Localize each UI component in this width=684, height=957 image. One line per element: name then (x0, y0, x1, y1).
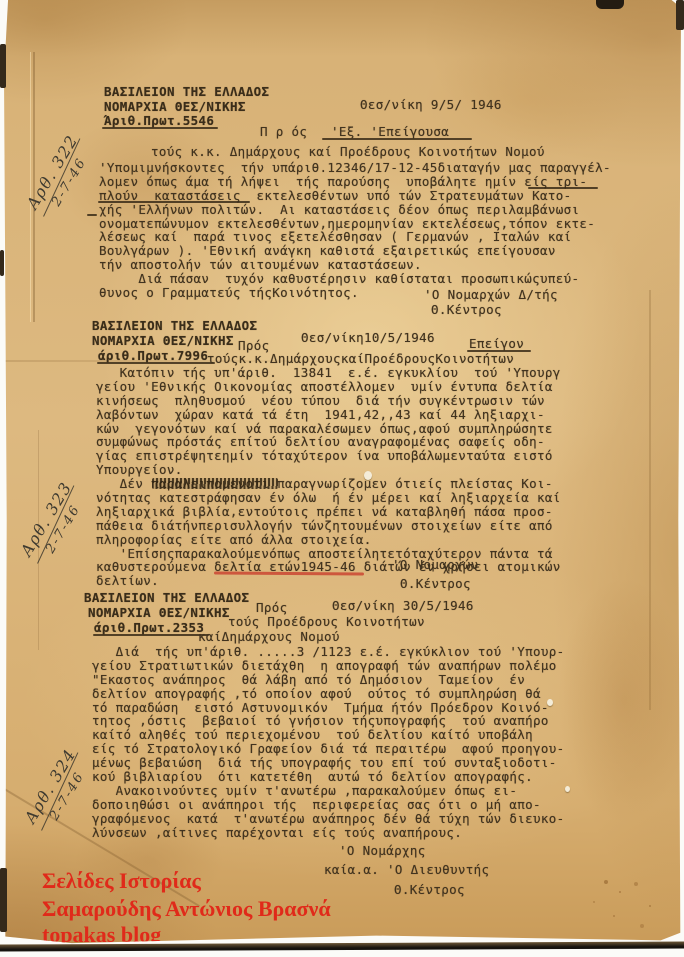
margin-note-1: Αρθ. 322 2-7-46 (19, 126, 100, 227)
edge-smudge (0, 44, 6, 88)
watermark-line-1: Σελίδες Ιστορίας (42, 868, 201, 894)
typed-line: τό παραδώση ειστό Αστυνομικόν Τμήμα ήτόν… (92, 701, 565, 715)
doc2-protocol-number: άριθ.Πρωτ.7996 (98, 348, 208, 363)
underline (93, 634, 209, 636)
underline (102, 127, 218, 129)
torn-notch (596, 0, 624, 9)
doc2-recipient: τούςκ.κ.ΔημάρχουςκαίΠροέδρουςΚοινοτήτων (207, 351, 514, 366)
underline (97, 362, 215, 364)
overtyped-strikeout (152, 478, 278, 489)
typed-line: λαβόντων χώραν κατά τά έτη 1941,42,,43 κ… (96, 408, 561, 422)
typed-line: κού βιβλιαρίου ότι κατετέθη αυτώ τό δελτ… (92, 770, 565, 784)
sheet-bottom-shadow (0, 941, 684, 951)
stain-speckles (604, 880, 608, 884)
typed-line: γίας επιστρέψητεημίν τόταχύτερον ίνα υπο… (96, 449, 561, 463)
typed-line: είς τό Στρατολογικό Γραφείον διά τά περα… (92, 742, 565, 756)
paper-sheet: Αρθ. 322 2-7-46 Αρθ. 323 2-7-46 Αρθ. 324… (4, 0, 681, 946)
typed-line: λύνσεων ,αίτινες παρέχονται είς τούς ανα… (92, 826, 565, 840)
doc1-signature-title: 'Ο Νομαρχών Δ/τής (424, 287, 558, 302)
doc3-recipient-2: καίΔημάρχους Νομού (198, 629, 340, 644)
typed-line: τήν αποστολήν τών αιτουμένων καταστάσεων… (99, 258, 611, 272)
doc1-urgency-label: 'Εξ. 'Επείγουσα (331, 124, 449, 139)
doc3-org-line2: ΝΟΜΑΡΧΙΑ ΘΕΣ/ΝΙΚΗΣ (88, 605, 230, 620)
doc1-recipient: τούς κ.κ. Δημάρχους καί Προέδρους Κοινοτ… (151, 144, 545, 159)
scanned-document-page: Αρθ. 322 2-7-46 Αρθ. 323 2-7-46 Αρθ. 324… (0, 0, 684, 957)
typed-line: Διά τής υπ'άριθ. .....3 /1123 ε.έ. εγκύκ… (92, 645, 565, 659)
typed-line: συμφώνως πρόστάς επίτού δελτίου αναγραφο… (96, 435, 561, 449)
typed-line: κινήσεως πληθυσμού νέου τύπου διά τήν συ… (96, 394, 561, 408)
typed-line: γείου 'Εθνικής Οικονομίας αποστέλλομεν υ… (96, 380, 561, 394)
typed-line: μένως βεβαιώση διά τής υπογραφής του επί… (92, 756, 565, 770)
typed-line: ληξιαρχικά βιβλία,εντούτοις πρέπει νά κα… (96, 505, 561, 519)
doc2-urgency-label: Επείγον (469, 336, 524, 351)
doc2-org-line2: ΝΟΜΑΡΧΙΑ ΘΕΣ/ΝΙΚΗΣ (92, 333, 234, 348)
doc2-place-date: Θεσ/νίκη10/5/1946 (301, 330, 435, 345)
typed-line: Βουλγάρων ). 'Εθνική ανάγκη καθιστά εξαι… (99, 244, 611, 258)
doc3-place-date: Θεσ/νίκη 30/5/1946 (332, 598, 474, 613)
underline (98, 201, 250, 203)
doc1-pros-label: Π ρ ός (260, 124, 307, 139)
doc1-signature-name: Θ.Κέντρος (431, 302, 502, 317)
typed-line: ονοματεπώνυμον εκτελεσθέντων,ημερομηνίαν… (99, 217, 611, 231)
doc1-org-line1: ΒΑΣΙΛΕΙΟΝ ΤΗΣ ΕΛΛΑΔΟΣ (104, 84, 269, 99)
underline (322, 138, 472, 140)
margin-note-3: Αρθ. 324 2-7-46 (17, 740, 98, 841)
doc3-pros-label: Πρός (256, 600, 288, 615)
edge-smudge (676, 0, 684, 30)
edge-smudge (0, 250, 4, 276)
doc1-org-line2: ΝΟΜΑΡΧΙΑ ΘΕΣ/ΝΙΚΗΣ (104, 99, 246, 114)
doc1-protocol-number: Άριθ.Πρωτ.5546 (104, 113, 214, 128)
doc3-org-line1: ΒΑΣΙΛΕΙΟΝ ΤΗΣ ΕΛΛΑΔΟΣ (84, 590, 249, 605)
typed-line: Διά πάσαν τυχόν καθυστέρησιν καθίσταται … (99, 272, 611, 286)
typed-line: τητος ,όστις βεβαιοί τό γνήσιον τήςυπογρ… (92, 714, 565, 728)
typed-line: γραφόμενος κατά τ'ανωτέρω ανάπηρος δέν θ… (92, 812, 565, 826)
typed-line: Κατόπιν τής υπ'άριθ. 13841 ε.έ. εγκυκλίο… (96, 366, 561, 380)
doc3-body: Διά τής υπ'άριθ. .....3 /1123 ε.έ. εγκύκ… (92, 645, 565, 839)
doc1-body: 'Υπομιμνήσκοντες τήν υπάριθ.12346/17-12-… (99, 161, 611, 300)
typed-line: δελτίον απογραφής ,τό οποίον αφού ούτος … (92, 687, 565, 701)
typed-line: καίτό αληθές τού περιεχομένου τού δελτίο… (92, 728, 565, 742)
doc1-place-date: Θεσ/νίκη 9/5/ 1946 (360, 97, 502, 112)
typed-line: 'Επίσηςπαρακαλούμενόπως αποστείλητετόταχ… (96, 547, 561, 561)
typed-line: δελτίων. (96, 574, 561, 588)
typed-line: γείου Στρατιωτικών διετάχθη η απογραφή τ… (92, 659, 565, 673)
typed-line: χής 'Ελλήνων πολιτών. Αι καταστάσεις δέο… (99, 203, 611, 217)
fold-crease (649, 290, 651, 710)
doc2-org-line1: ΒΑΣΙΛΕΙΟΝ ΤΗΣ ΕΛΛΑΔΟΣ (92, 318, 257, 333)
doc3-signature-role: καία.α. 'Ο Διευθυντής (324, 862, 489, 877)
typed-line: Ανακοινούντες υμίν τ'ανωτέρω ,παρακαλούμ… (92, 784, 565, 798)
watermark-line-2: Σαμαρούδης Αντώνιος Βρασνά (42, 896, 331, 922)
margin-note-2: Αρθ. 323 2-7-46 (13, 473, 94, 574)
underline (87, 214, 97, 216)
typed-line: πληροφορίας είτε από άλλα στοιχεία. (96, 533, 561, 547)
typed-line: κών γεγονότων καί νά παρακαλέσωμεν όπως,… (96, 422, 561, 436)
doc3-protocol-number: άριθ.Πρωτ.2353 (94, 620, 204, 635)
paper-hole (565, 786, 570, 792)
doc2-signature-title: 'Ο Νομαρχών (392, 557, 479, 572)
stain (559, 580, 684, 820)
typed-line: δοποιηθώσι οι ανάπηροι τής περιφερείας σ… (92, 798, 565, 812)
typed-line: νότητας κατεστράφησαν έν όλω ή έν μέρει … (96, 491, 561, 505)
doc3-signature-name: Θ.Κέντρος (394, 882, 465, 897)
edge-smudge (0, 868, 7, 932)
typed-line: πάθεια διάτήνπερισυλλογήν τώνζητουμένων … (96, 519, 561, 533)
doc3-signature-title: 'Ο Νομάρχης (339, 843, 426, 858)
typed-line: λέσεως καί παρά τινος εξετελέσθησαν ( Γε… (99, 230, 611, 244)
underline (528, 187, 598, 189)
doc3-recipient: τούς Προέδρους Κοινοτήτων (228, 614, 425, 629)
typed-line: 'Υπομιμνήσκοντες τήν υπάριθ.12346/17-12-… (99, 161, 611, 175)
doc2-signature-name: Θ.Κέντρος (400, 576, 471, 591)
typed-line: "Εκαστος ανάπηρος θά λάβη από τό Δημόσιο… (92, 673, 565, 687)
typed-line: Υπουργείον. (96, 463, 561, 477)
